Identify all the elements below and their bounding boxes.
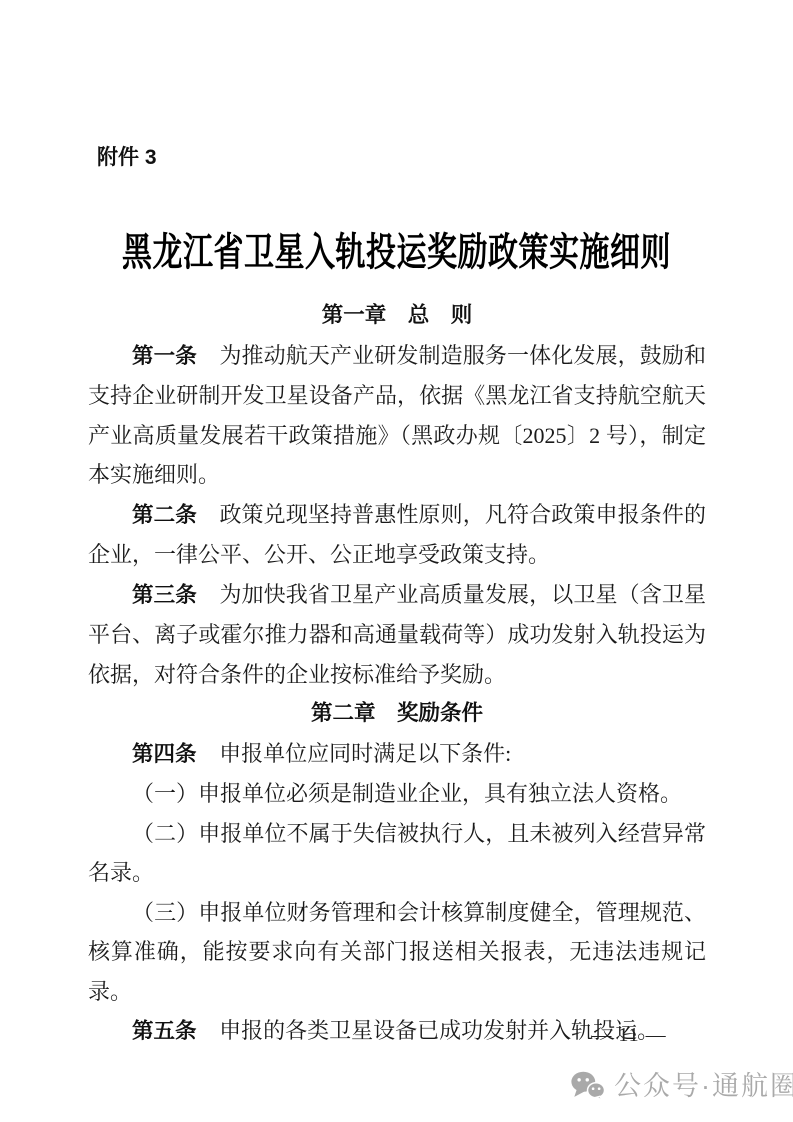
article-1-label: 第一条 (132, 344, 197, 368)
article-5-label: 第五条 (132, 1019, 197, 1043)
article-4-text: 申报单位应同时满足以下条件: (219, 741, 511, 766)
chapter-1-heading: 第一章 总 则 (88, 296, 706, 336)
attachment-label: 附件 3 (97, 143, 157, 173)
document-page: 附件 3 黑龙江省卫星入轨投运奖励政策实施细则 第一章 总 则 第一条为推动航天… (0, 0, 793, 1122)
article-2: 第二条政策兑现坚持普惠性原则，凡符合政策申报条件的企业，一律公平、公开、公正地享… (88, 495, 706, 575)
article-1: 第一条为推动航天产业研发制造服务一体化发展，鼓励和支持企业研制开发卫星设备产品，… (88, 336, 706, 495)
watermark-text: 公众号·通航圈 (614, 1070, 793, 1102)
article-3-label: 第三条 (132, 583, 197, 607)
document-title: 黑龙江省卫星入轨投运奖励政策实施细则 (0, 233, 793, 275)
article-4: 第四条申报单位应同时满足以下条件: (88, 734, 706, 775)
condition-item-1: （一）申报单位必须是制造业企业，具有独立法人资格。 (88, 774, 706, 814)
condition-item-2: （二）申报单位不属于失信被执行人，且未被列入经营异常名录。 (88, 814, 706, 893)
article-4-label: 第四条 (132, 742, 197, 766)
document-body: 第一章 总 则 第一条为推动航天产业研发制造服务一体化发展，鼓励和支持企业研制开… (88, 296, 706, 1052)
article-2-label: 第二条 (132, 503, 197, 527)
page-number: — 11 — (562, 1024, 696, 1047)
wechat-icon (571, 1071, 605, 1101)
article-3: 第三条为加快我省卫星产业高质量发展，以卫星（含卫星平台、离子或霍尔推力器和高通量… (88, 575, 706, 695)
chapter-2-heading: 第二章 奖励条件 (88, 694, 706, 734)
condition-item-3: （三）申报单位财务管理和会计核算制度健全，管理规范、核算准确，能按要求向有关部门… (88, 893, 706, 1012)
watermark: 公众号·通航圈 (571, 1070, 793, 1102)
